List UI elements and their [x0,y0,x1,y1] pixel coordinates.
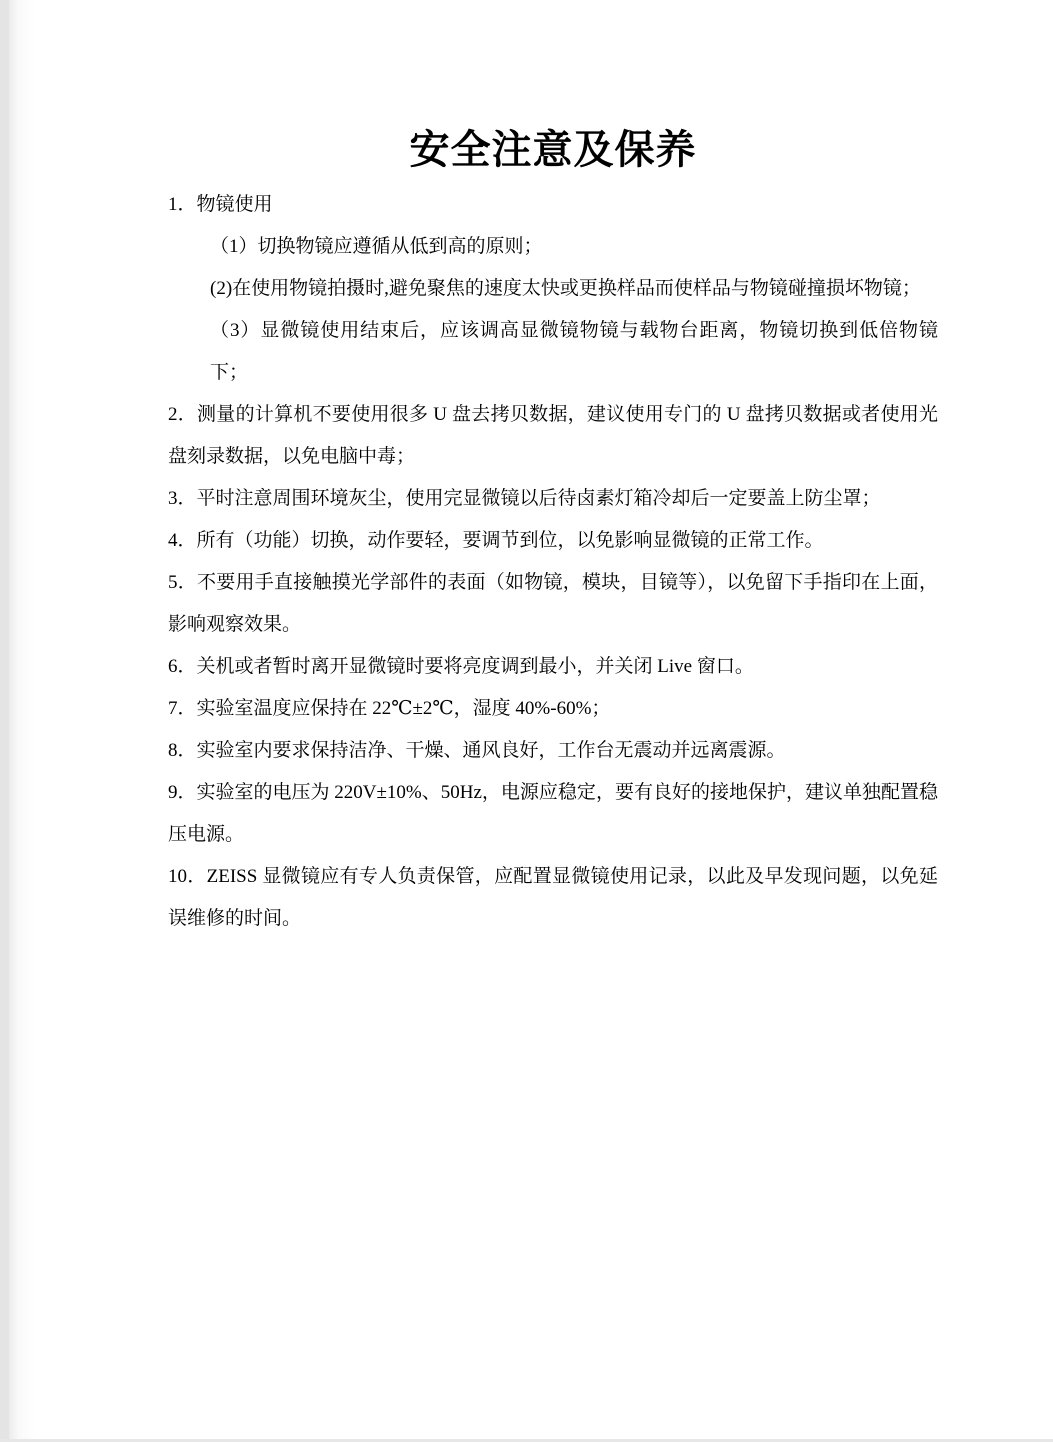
paragraph: 1．物镜使用 [168,184,938,226]
page-content: 安全注意及保养 1．物镜使用（1）切换物镜应遵循从低到高的原则；(2)在使用物镜… [168,0,938,940]
paragraph: 8．实验室内要求保持洁净、干燥、通风良好，工作台无震动并远离震源。 [168,730,938,772]
paragraph: （1）切换物镜应遵循从低到高的原则； [168,226,938,268]
paragraph: 4．所有（功能）切换，动作要轻，要调节到位，以免影响显微镜的正常工作。 [168,520,938,562]
paragraph: 3．平时注意周围环境灰尘，使用完显微镜以后待卤素灯箱冷却后一定要盖上防尘罩； [168,478,938,520]
document-viewer: 安全注意及保养 1．物镜使用（1）切换物镜应遵循从低到高的原则；(2)在使用物镜… [0,0,1053,1442]
document-body: 1．物镜使用（1）切换物镜应遵循从低到高的原则；(2)在使用物镜拍摄时,避免聚焦… [168,184,938,940]
paragraph: 10．ZEISS 显微镜应有专人负责保管，应配置显微镜使用记录，以此及早发现问题… [168,856,938,940]
document-title: 安全注意及保养 [168,0,938,174]
paragraph: 9．实验室的电压为 220V±10%、50Hz，电源应稳定，要有良好的接地保护，… [168,772,938,856]
paragraph: 7．实验室温度应保持在 22℃±2℃，湿度 40%-60%； [168,688,938,730]
paragraph: 6．关机或者暂时离开显微镜时要将亮度调到最小，并关闭 Live 窗口。 [168,646,938,688]
paragraph: （3）显微镜使用结束后，应该调高显微镜物镜与载物台距离，物镜切换到低倍物镜下； [168,310,938,394]
paragraph: (2)在使用物镜拍摄时,避免聚焦的速度太快或更换样品而使样品与物镜碰撞损坏物镜； [168,268,938,310]
viewer-left-gutter [0,0,9,1442]
paragraph: 5．不要用手直接触摸光学部件的表面（如物镜，模块，目镜等），以免留下手指印在上面… [168,562,938,646]
paragraph: 2．测量的计算机不要使用很多 U 盘去拷贝数据，建议使用专门的 U 盘拷贝数据或… [168,394,938,478]
document-page: 安全注意及保养 1．物镜使用（1）切换物镜应遵循从低到高的原则；(2)在使用物镜… [9,0,1053,1442]
